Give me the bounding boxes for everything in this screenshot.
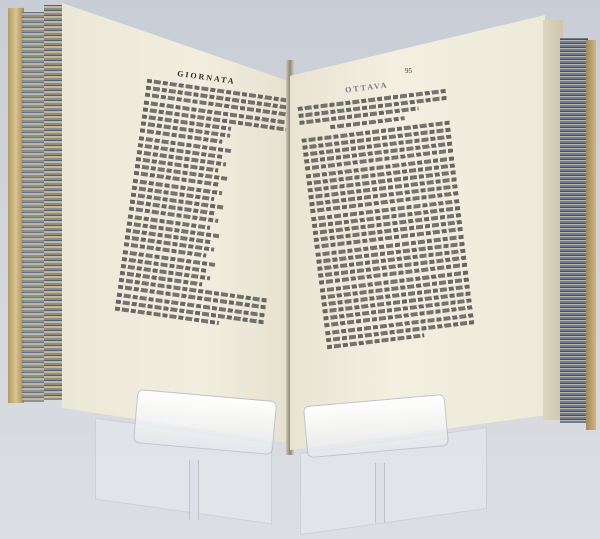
right-page: OTTAVA 95 [290,15,545,450]
left-text-block [114,79,296,335]
right-cover-edge [586,40,596,430]
right-text-block [297,89,476,353]
left-page: GIORNATA [62,3,292,443]
stand-right-leg [375,463,385,523]
page-number: 95 [405,67,412,75]
left-sprinkled-edge [22,12,44,402]
right-sprinkled-edge [560,38,588,423]
stand-left-leg [189,460,199,520]
photo-scene: GIORNATA OTTAVA 95 [0,0,600,539]
right-running-head: OTTAVA [345,80,389,94]
left-page-block [44,5,64,400]
